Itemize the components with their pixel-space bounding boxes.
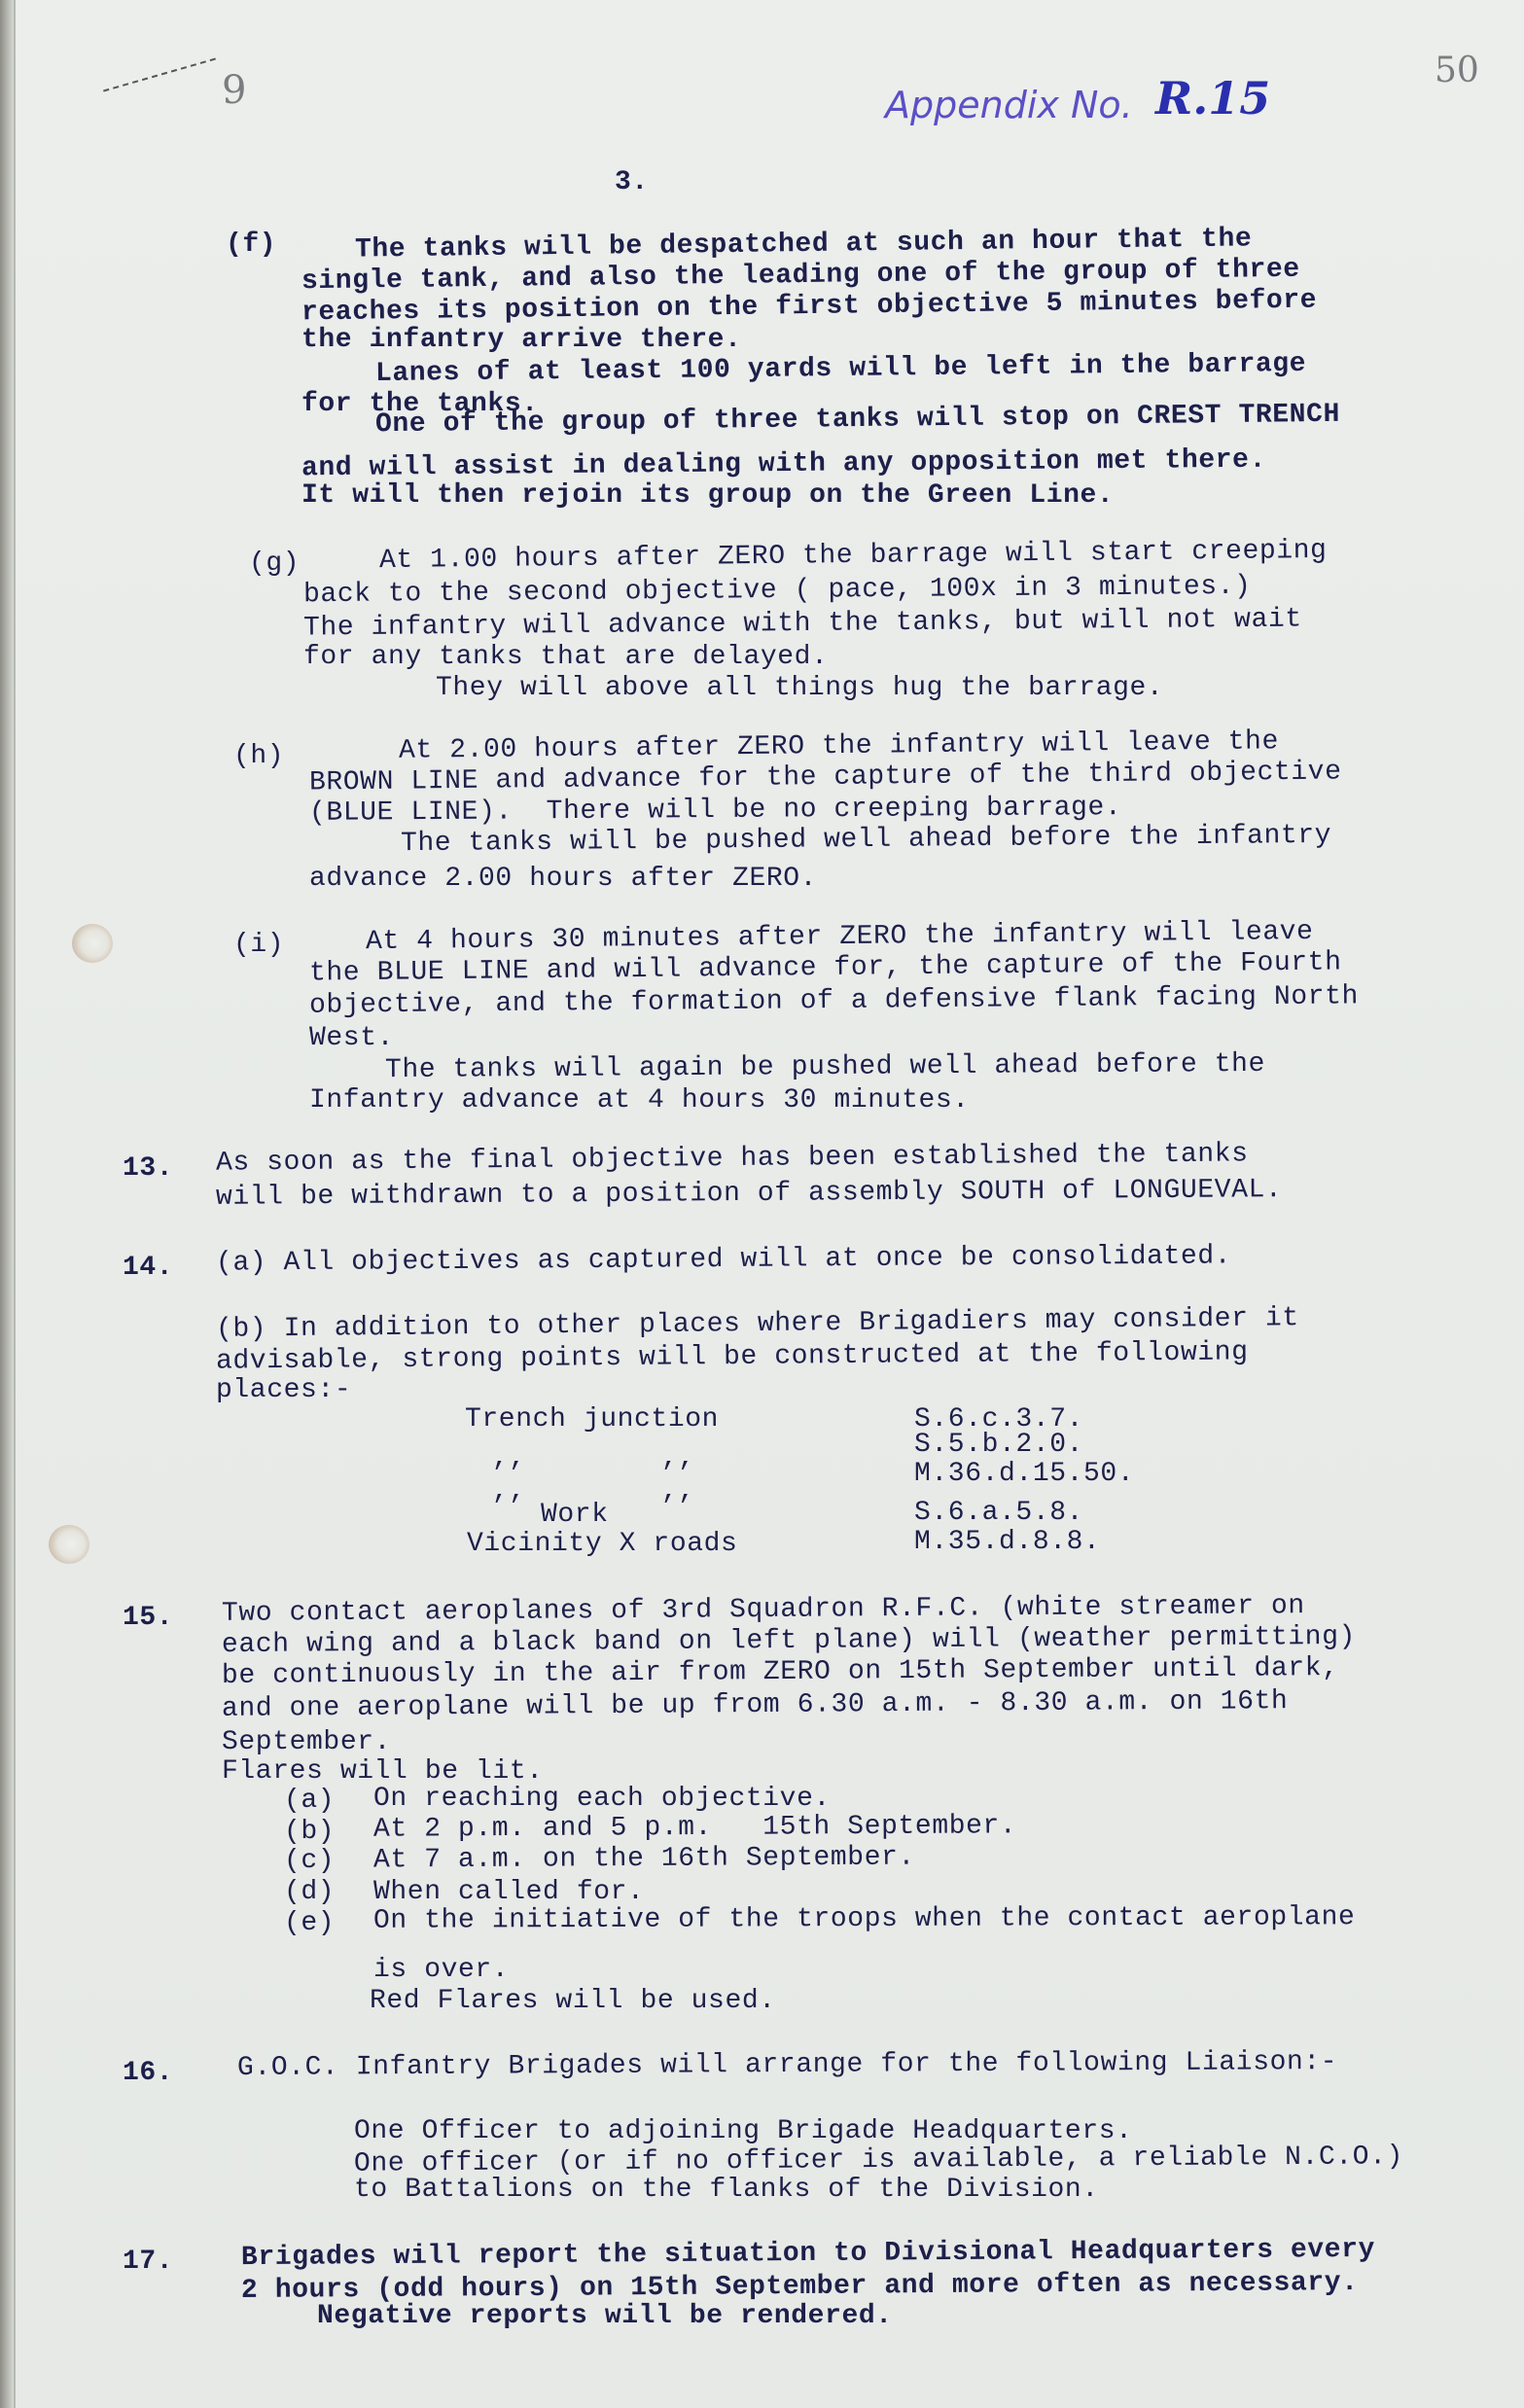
section-17-line: Negative reports will be rendered.	[317, 2301, 893, 2332]
flare-text: On the initiative of the troops when the…	[373, 1902, 1355, 1937]
flare-text: On reaching each objective.	[373, 1784, 831, 1815]
flare-label: (d)	[284, 1877, 335, 1908]
para-f-label: (f)	[226, 230, 276, 261]
page-number: 3.	[615, 167, 649, 198]
para-i-label: (i)	[233, 930, 284, 961]
strong-point-ref: M.35.d.8.8.	[914, 1527, 1100, 1558]
flare-label: (b)	[284, 1817, 335, 1848]
section-16-intro: G.O.C. Infantry Brigades will arrange fo…	[237, 2047, 1337, 2084]
para-g-line: for any tanks that are delayed.	[303, 642, 829, 673]
flare-label: (e)	[284, 1908, 335, 1939]
pencil-folio-right: 50	[1435, 51, 1479, 90]
strong-point-place: Work	[541, 1500, 609, 1531]
para-f-line: It will then rejoin its group on the Gre…	[301, 480, 1114, 512]
punch-hole	[72, 924, 113, 963]
flare-label: (c)	[284, 1846, 335, 1877]
punch-hole	[49, 1525, 89, 1564]
strong-point-ref: S.5.b.2.0.	[914, 1430, 1083, 1461]
section-15-line: September.	[222, 1727, 391, 1758]
section-14-number: 14.	[123, 1253, 173, 1284]
section-16-line: to Battalions on the flanks of the Divis…	[354, 2175, 1099, 2206]
flare-text: At 7 a.m. on the 16th September.	[373, 1843, 915, 1877]
appendix-stamp-number: R.15	[1155, 72, 1270, 124]
para-i-line: Infantry advance at 4 hours 30 minutes.	[309, 1085, 970, 1116]
section-14-b-line: places:-	[216, 1375, 351, 1406]
section-17-number: 17.	[123, 2247, 173, 2278]
pencil-folio-left: 9	[222, 68, 246, 113]
appendix-stamp-label: Appendix No.	[885, 84, 1133, 126]
strong-point-place: ,, ,,	[492, 1443, 695, 1474]
flare-label: (a)	[284, 1786, 335, 1817]
para-g-label: (g)	[249, 549, 300, 580]
section-16-number: 16.	[123, 2058, 173, 2089]
flare-text: When called for.	[373, 1877, 644, 1908]
section-15-number: 15.	[123, 1603, 173, 1634]
strong-point-place: Vicinity X roads	[467, 1529, 737, 1560]
red-flares-note: Red Flares will be used.	[370, 1986, 776, 2017]
strong-point-place: Trench junction	[465, 1404, 719, 1435]
section-13-number: 13.	[123, 1153, 173, 1185]
page-edge	[0, 0, 14, 2408]
strong-point-ref: S.6.a.5.8.	[914, 1498, 1083, 1529]
para-h-line: advance 2.00 hours after ZERO.	[309, 864, 817, 895]
flare-text: At 2 p.m. and 5 p.m. 15th September.	[373, 1811, 1016, 1845]
flare-text-continued: is over.	[373, 1955, 509, 1986]
para-h-label: (h)	[233, 741, 284, 772]
para-f-line: the infantry arrive there.	[301, 325, 741, 356]
strong-point-ref: M.36.d.15.50.	[914, 1459, 1134, 1490]
para-i-line: West.	[309, 1023, 394, 1054]
para-i-line: The tanks will again be pushed well ahea…	[385, 1049, 1265, 1086]
section-16-line: One Officer to adjoining Brigade Headqua…	[354, 2116, 1133, 2147]
para-g-line: They will above all things hug the barra…	[436, 673, 1163, 704]
